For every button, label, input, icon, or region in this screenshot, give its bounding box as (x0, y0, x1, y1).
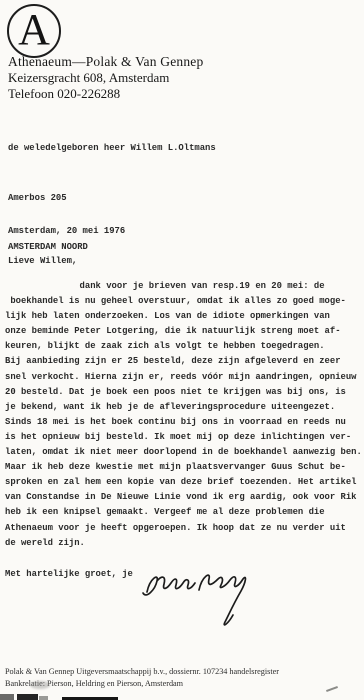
company-logo: A (7, 4, 61, 58)
body-line: keuren, blijkt de zaak zich als volgt te… (5, 339, 362, 354)
company-name: Athenaeum—Polak & Van Gennep (8, 54, 203, 70)
recipient-name: de weledelgeboren heer Willem L.Oltmans (8, 140, 216, 157)
salutation: Lieve Willem, (8, 256, 77, 266)
scan-artifact (0, 694, 14, 700)
letter-page: A Athenaeum—Polak & Van Gennep Keizersgr… (0, 0, 364, 700)
body-line: 20 besteld. Dat je boek een poos niet te… (5, 385, 362, 400)
body-line: dank voor je brieven van resp.19 en 20 m… (5, 279, 362, 294)
body-line: laten, omdat ik niet meer doorlopend in … (5, 445, 362, 460)
closing-line: Met hartelijke groet, je (5, 569, 133, 579)
scan-artifact (326, 686, 338, 692)
scan-artifact (39, 696, 48, 700)
scan-artifact (17, 694, 38, 700)
body-line: is het opnieuw bij besteld. Ik moet mij … (5, 430, 362, 445)
body-line: Maar ik heb deze kwestie met mijn plaats… (5, 460, 362, 475)
body-line: Athenaeum voor je heeft opgeroepen. Ik h… (5, 521, 362, 536)
body-line: de wereld zijn. (5, 536, 362, 551)
date-line: Amsterdam, 20 mei 1976 (8, 226, 125, 236)
body-line: van Constandse in De Nieuwe Linie vond i… (5, 490, 362, 505)
recipient-city: AMSTERDAM NOORD (8, 239, 216, 256)
recipient-street: Amerbos 205 (8, 190, 216, 207)
scan-smudge (30, 681, 50, 689)
body-line: boekhandel is nu geheel overstuur, omdat… (5, 294, 362, 309)
body-line: Sinds 18 mei is het boek continu bij ons… (5, 415, 362, 430)
scan-artifact (62, 697, 118, 700)
body-line: snel verkocht. Hierna zijn er, reeds vóó… (5, 370, 362, 385)
body-line: lijk heb laten onderzoeken. Los van de i… (5, 309, 362, 324)
body-line: Bij aanbieding zijn er 25 besteld, deze … (5, 354, 362, 369)
company-phone: Telefoon 020-226288 (8, 86, 120, 102)
company-address: Keizersgracht 608, Amsterdam (8, 70, 169, 86)
body-line: onze beminde Peter Lotgering, die ik nat… (5, 324, 362, 339)
body-line: heb ik een knipsel gemaakt. Vergeef me a… (5, 505, 362, 520)
footer-registration: Polak & Van Gennep Uitgeversmaatschappij… (5, 667, 279, 676)
body-line: je bekend, want ik heb je de afleverings… (5, 400, 362, 415)
handwritten-signature (133, 552, 318, 637)
letter-body: dank voor je brieven van resp.19 en 20 m… (5, 279, 362, 551)
logo-letter-a: A (18, 8, 50, 52)
body-line: sproken en zal hem een kopie van deze br… (5, 475, 362, 490)
